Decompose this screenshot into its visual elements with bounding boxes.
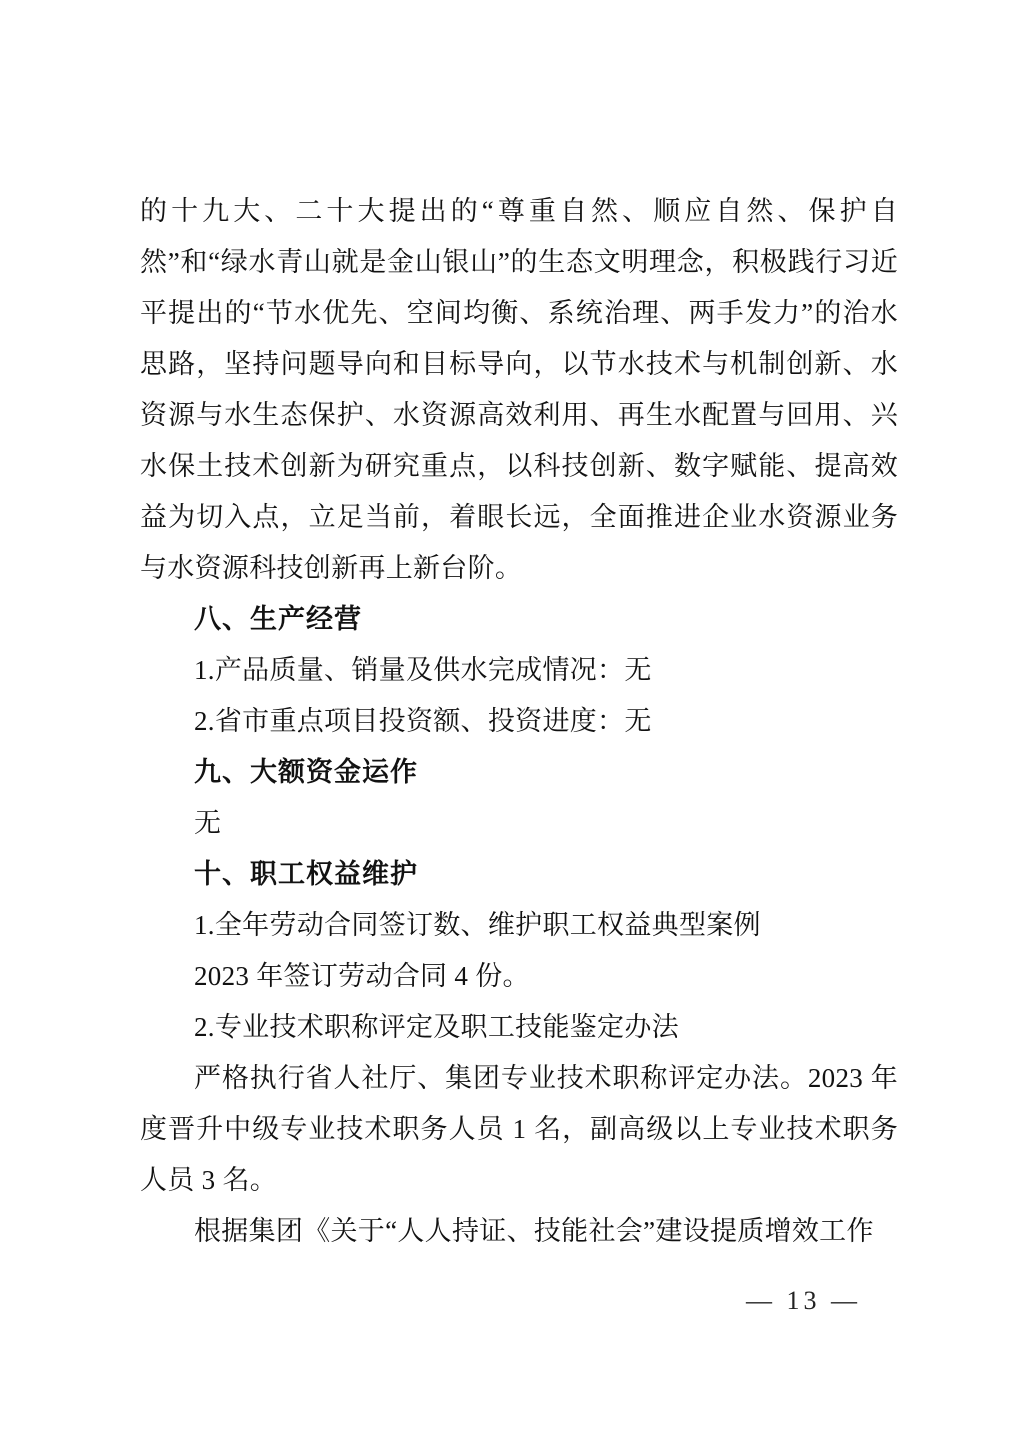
paragraph-group-certification-cutoff: 根据集团《关于“人人持证、技能社会”建设提质增效工作: [140, 1206, 898, 1257]
paragraph-contracts-signed-2023: 2023 年签订劳动合同 4 份。: [140, 951, 898, 1002]
section-heading-9-large-fund-operations: 九、大额资金运作: [140, 747, 898, 798]
document-body: 的十九大、二十大提出的“尊重自然、顺应自然、保护自然”和“绿水青山就是金山银山”…: [140, 186, 898, 1257]
section-heading-8-production-operations: 八、生产经营: [140, 594, 898, 645]
list-item-professional-titles: 2.专业技术职称评定及职工技能鉴定办法: [140, 1002, 898, 1053]
paragraph-continuation: 的十九大、二十大提出的“尊重自然、顺应自然、保护自然”和“绿水青山就是金山银山”…: [140, 186, 898, 594]
list-item-product-quality: 1.产品质量、销量及供水完成情况：无: [140, 645, 898, 696]
page-number: — 13 —: [746, 1286, 861, 1316]
paragraph-none: 无: [140, 798, 898, 849]
section-heading-10-employee-rights: 十、职工权益维护: [140, 849, 898, 900]
list-item-key-project-investment: 2.省市重点项目投资额、投资进度：无: [140, 696, 898, 747]
paragraph-title-evaluation-details: 严格执行省人社厅、集团专业技术职称评定办法。2023 年度晋升中级专业技术职务人…: [140, 1053, 898, 1206]
document-page: 的十九大、二十大提出的“尊重自然、顺应自然、保护自然”和“绿水青山就是金山银山”…: [0, 0, 1024, 1448]
list-item-labor-contracts: 1.全年劳动合同签订数、维护职工权益典型案例: [140, 900, 898, 951]
